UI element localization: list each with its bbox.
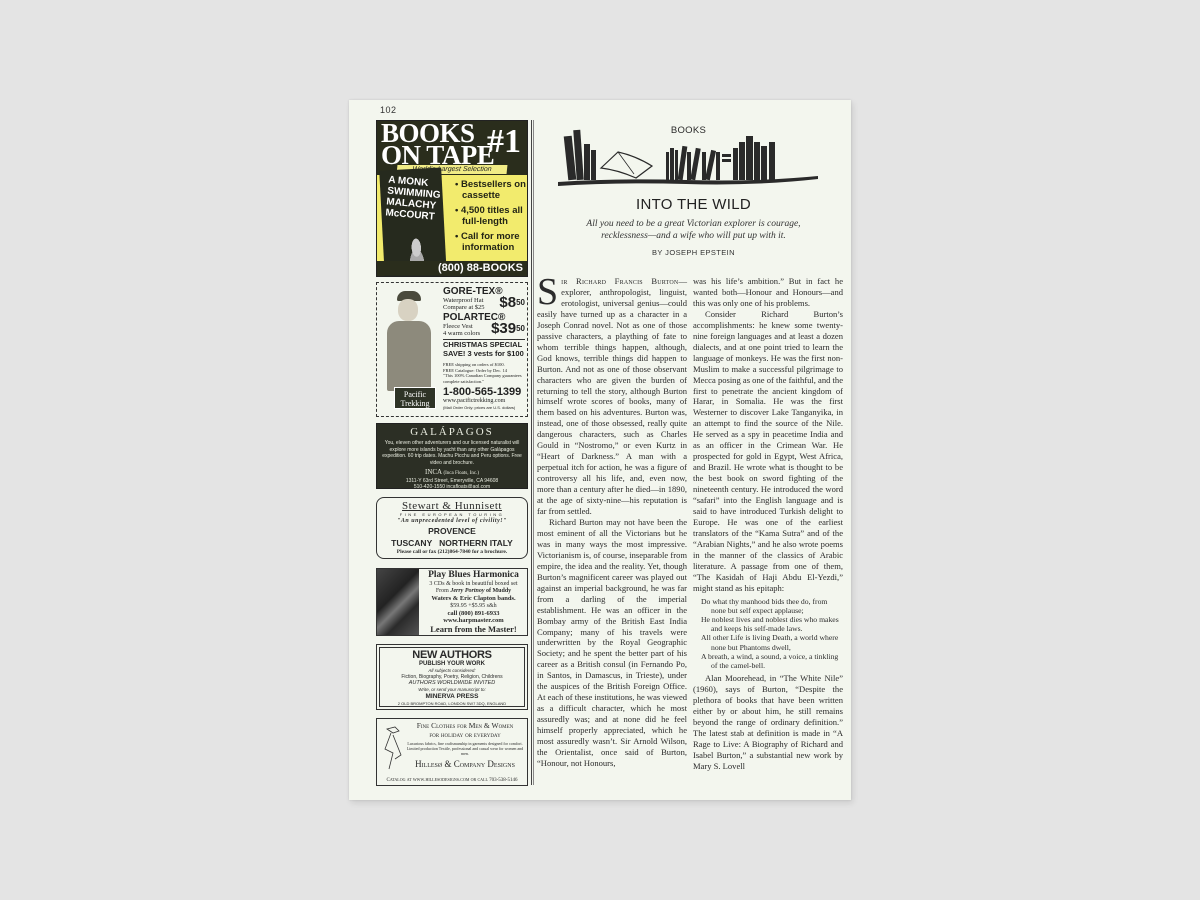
ad-galapagos[interactable]: GALÁPAGOS You, eleven other adventurers … [376,423,528,489]
vest-shape [387,321,431,391]
ad-pt-details: GORE-TEX® Waterproof Hat Compare at $25 … [443,286,525,410]
sh-quote: "An unprecedented level of civility!" [377,517,527,525]
column-divider [533,120,534,785]
magazine-page: 102 BOOKS ON TAPE #1 World's Largest Sel… [349,100,851,800]
ad-bot-title: BOOKS ON TAPE [381,122,494,166]
poem-line: Do what thy manhood bids thee do, from n… [701,597,843,615]
ad-pacific-trekking[interactable]: Pacific Trekking GORE-TEX® Waterproof Ha… [376,282,528,417]
ph-details: Play Blues Harmonica 3 CDs & book in bea… [420,570,527,625]
article-column-2: was his life’s ambition.” But in fact he… [693,276,843,772]
article: BOOKS INTO THE WILD All you need to be a… [536,100,851,800]
article-dek: All you need to be a great Victorian exp… [571,218,816,242]
paragraph: Consider Richard Burton’s accomplishment… [693,309,843,594]
bullet-item: • Bestsellers on cassette [455,179,527,201]
harmonica-player-image [377,569,419,635]
bullet-item: • 4,500 titles all full-length [455,205,527,227]
section-label: BOOKS [556,125,821,136]
ad-blues-harmonica[interactable]: Play Blues Harmonica 3 CDs & book in bea… [376,568,528,636]
poem-line: He noblest lives and noblest dies who ma… [701,615,843,633]
price-goretex: $850 [499,295,525,310]
christmas-special: CHRISTMAS SPECIAL SAVE! 3 vests for $100 [443,339,525,358]
poem-line: A breath, a wind, a sound, a voice, a ti… [701,652,843,670]
poem-line: All other Life is living Death, a world … [701,633,843,651]
gal-company: INCA (Inca Floats, Inc.) [377,468,527,478]
ad-bot-phone: (800) 88-BOOKS [377,261,527,275]
ad-stewart-hunnisett[interactable]: Stewart & Hunnisett FINE EUROPEAN TOURIN… [376,497,528,559]
fashion-sketch-icon [381,725,405,771]
paragraph: Richard Burton may not have been the mos… [537,517,687,769]
paragraph: was his life’s ambition.” But in fact he… [693,276,843,309]
gal-body: You, eleven other adventurers and our li… [377,439,527,466]
ad-books-on-tape[interactable]: BOOKS ON TAPE #1 World's Largest Selecti… [376,120,528,277]
sh-destination-2: TUSCANY NORTHERN ITALY [377,537,527,549]
column-divider [531,120,532,785]
page-number: 102 [380,105,397,115]
ad-bot-number: #1 [487,123,521,161]
article-title: INTO THE WILD [536,196,851,213]
drop-cap: S [537,277,558,307]
ad-new-authors[interactable]: NEW AUTHORS PUBLISH YOUR WORK All subjec… [376,644,528,710]
hil-details: Fine Clothes for Men & Women for holiday… [405,721,525,770]
na-inner-border: NEW AUTHORS PUBLISH YOUR WORK All subjec… [379,647,525,707]
pt-phone: 1-800-565-1399 [443,386,525,398]
article-column-1: Sir Richard Francis Burton—explorer, ant… [537,276,687,769]
model-photo-icon [383,291,435,401]
epitaph-poem: Do what thy manhood bids thee do, from n… [701,597,843,671]
gal-title: GALÁPAGOS [377,426,527,439]
price-polartec: $3950 [491,321,525,336]
paragraph: Alan Moorehead, in “The White Nile” (196… [693,673,843,772]
fine-print: FREE shipping on orders of $100. FREE Ca… [443,362,525,384]
sh-title: Stewart & Hunnisett [377,500,527,512]
article-byline: BY JOSEPH EPSTEIN [536,248,851,257]
ph-tagline: Learn from the Master! [420,624,527,634]
head-shape [398,299,418,321]
gal-contact: 510-420-1550 incafloats@aol.com [377,484,527,489]
bullet-item: • Call for more information [455,231,527,253]
pt-website: www.pacifictrekking.com [443,398,525,405]
ad-hilleso-designs[interactable]: Fine Clothes for Men & Women for holiday… [376,718,528,786]
pacific-trekking-logo: Pacific Trekking [394,387,436,409]
paragraph: Sir Richard Francis Burton—explorer, ant… [537,276,687,517]
sh-destination-1: PROVENCE [377,525,527,537]
sh-footer: Please call or fax (212)864-7840 for a b… [377,549,527,556]
ad-bot-bullets: • Bestsellers on cassette • 4,500 titles… [455,179,527,257]
books-header-illustration: BOOKS [556,122,821,190]
hil-footer: Catalog at www.hillesodesigns.com or cal… [377,778,527,784]
book-cover-title: A MONK SWIMMING MALACHY McCOURT [385,175,445,224]
